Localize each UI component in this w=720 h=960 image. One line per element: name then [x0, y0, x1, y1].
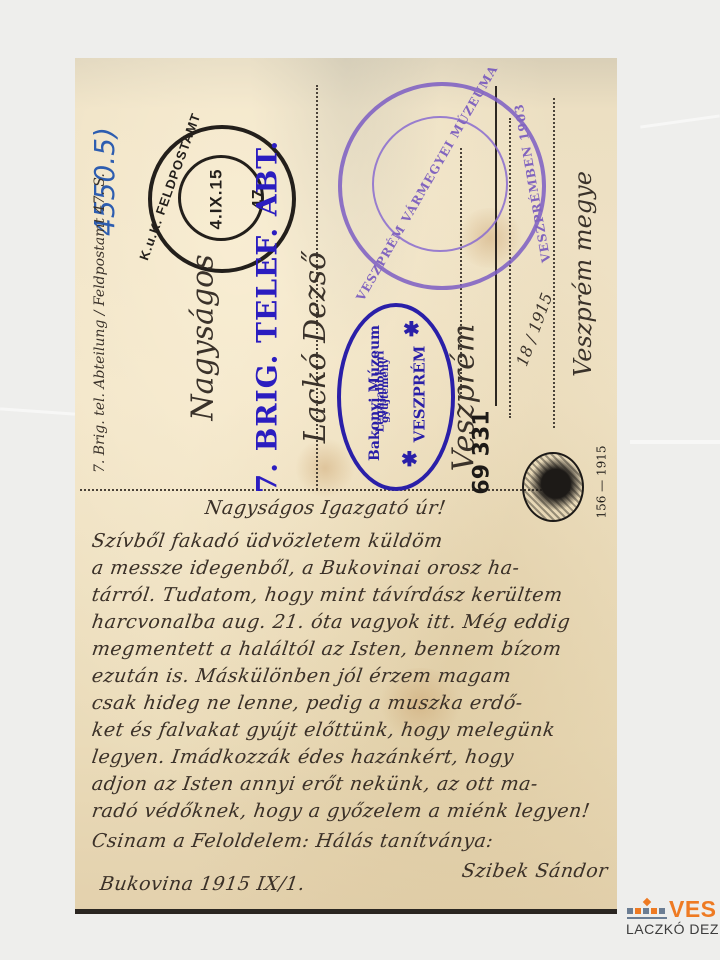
- message-place-date: Bukovina 1915 IX/1.: [98, 873, 351, 895]
- paper-crease: [640, 114, 720, 128]
- message-signature: Szibek Sándor: [460, 860, 618, 882]
- crown-icon: [627, 899, 667, 919]
- museum-oval-stamp: ✱ ✱ Bakonyi Múzeum Legújabbkori gyűjtemé…: [337, 303, 455, 491]
- address-line: Veszprém megye: [569, 171, 597, 377]
- museum-logo[interactable]: VES LACZKÓ DEZ: [625, 895, 720, 940]
- museum-round-seal: VESZPRÉM VÁRMEGYEI MÚZEUMA VESZPRÉMBEN 1…: [338, 82, 546, 290]
- divider-line: [80, 489, 570, 491]
- unit-stamp: 7. BRIG. TELEF. ABT.: [250, 140, 283, 494]
- paper-crease: [630, 440, 720, 444]
- address-line: Nagyságos: [186, 254, 221, 420]
- sender-block: 7. Brig. tel. Abteilung / Feldpostamt 47…: [92, 233, 108, 473]
- message-line: Csinam a Feloldelem: Hálás tanítványa:: [90, 830, 613, 852]
- address-line: Lackó Dezső: [298, 252, 333, 443]
- message-line: radó védőknek, hogy a győzelem a miénk l…: [90, 800, 613, 822]
- message-line: ket és falvakat gyújt előttünk, hogy mel…: [90, 719, 613, 741]
- oval-star-icon: ✱: [401, 447, 418, 471]
- logo-name: VES: [669, 896, 717, 923]
- postmark-date: 4.IX.15: [206, 169, 226, 230]
- registry-number: 69 331: [470, 410, 495, 494]
- message-line: tárról. Tudatom, hogy mint távírdász ker…: [90, 584, 613, 606]
- message-line: ezután is. Máskülönben jól érzem magam: [90, 665, 613, 687]
- logo-subtitle: LACZKÓ DEZ: [626, 921, 719, 937]
- message-line: legyen. Imádkozzák édes hazánkért, hogy: [90, 746, 613, 768]
- oval-star-icon: ✱: [403, 317, 420, 341]
- oval-line: gyűjtemény: [380, 358, 391, 423]
- message-line: Szívből fakadó üdvözletem küldöm: [90, 530, 613, 552]
- paper-crease: [0, 407, 75, 415]
- message-line: a messze idegenből, a Bukovinai orosz ha…: [90, 557, 613, 579]
- message-salutation: Nagyságos Igazgató úr!: [203, 497, 720, 519]
- message-line: megmentett a haláltól az Isten, bennem b…: [90, 638, 613, 660]
- address-rule: [553, 98, 555, 428]
- oval-line: VESZPRÉM: [410, 346, 428, 443]
- message-line: adjon az Isten annyi erőt nekünk, az ott…: [90, 773, 613, 795]
- message-line: csak hideg ne lenne, pedig a muszka erdő…: [90, 692, 613, 714]
- message-line: harcvonalba aug. 21. óta vagyok itt. Még…: [90, 611, 613, 633]
